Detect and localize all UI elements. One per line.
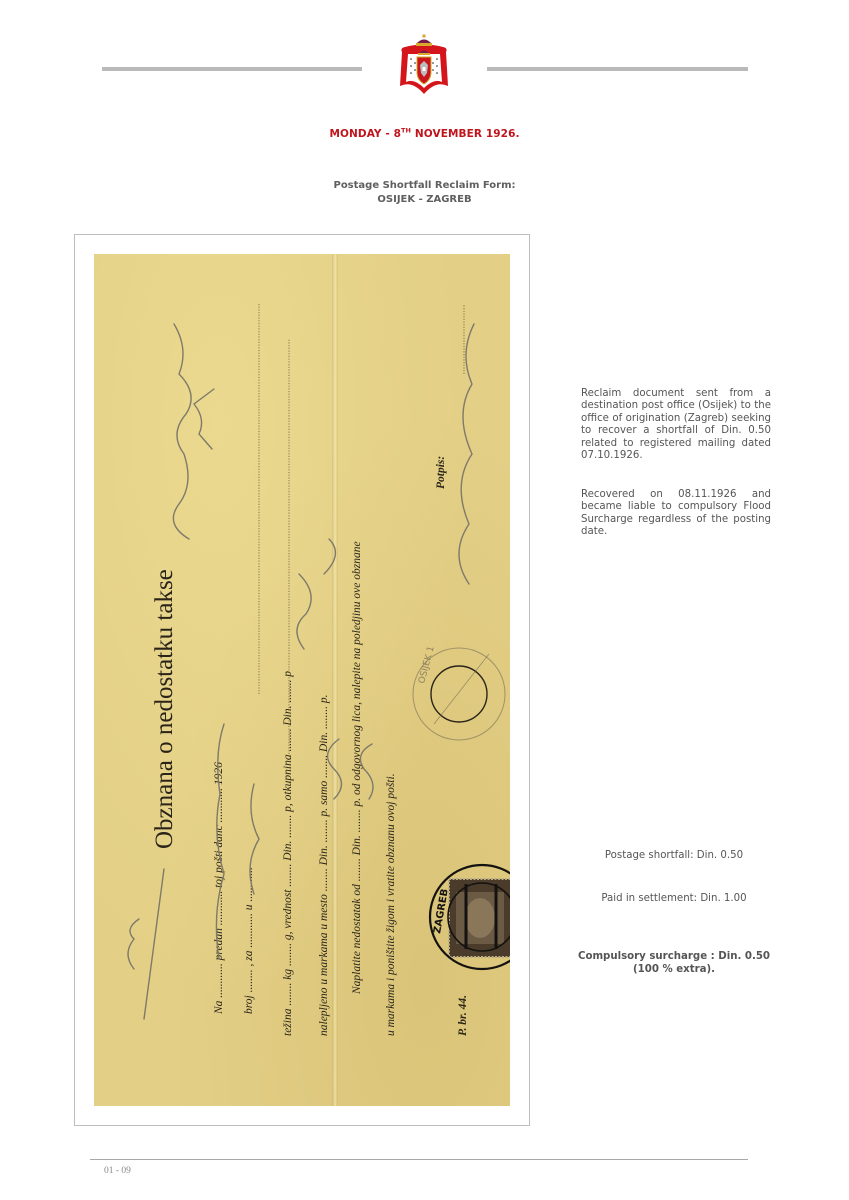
reclaim-form-image: Obznana o nedostatku takse Na ..........… [94, 254, 510, 1106]
note-shortfall: Postage shortfall: Din. 0.50 [560, 849, 788, 862]
note-paid: Paid in settlement: Din. 1.00 [560, 892, 788, 905]
svg-text:težina ........ kg ........ g,: težina ........ kg ........ g, vrednost … [282, 671, 294, 1036]
form-drawing: Obznana o nedostatku takse Na ..........… [94, 254, 510, 1106]
note-surcharge-line-2: (100 % extra). [560, 963, 788, 976]
coat-of-arms-icon [396, 32, 452, 98]
note-surcharge: Compulsory surcharge : Din. 0.50 (100 % … [560, 950, 788, 976]
page-number: 01 - 09 [104, 1166, 131, 1176]
svg-text:Naplatite nedostatak od ......: Naplatite nedostatak od ........ Din. ..… [351, 541, 363, 995]
page-subtitle: Postage Shortfall Reclaim Form: OSIJEK -… [0, 179, 849, 207]
svg-text:P. br. 44.: P. br. 44. [457, 995, 469, 1036]
note-surcharge-line-1: Compulsory surcharge : Din. 0.50 [560, 950, 788, 963]
svg-text:OSIJEK 1: OSIJEK 1 [417, 645, 437, 685]
footer-rule [90, 1159, 748, 1160]
subtitle-line-2: OSIJEK - ZAGREB [0, 193, 849, 207]
page-date: MONDAY - 8TH NOVEMBER 1926. [0, 128, 849, 140]
header-rule-left [102, 67, 362, 71]
subtitle-line-1: Postage Shortfall Reclaim Form: [0, 179, 849, 193]
svg-text:u markama i poništite žigom i: u markama i poništite žigom i vratite ob… [385, 773, 397, 1036]
description-paragraph-2: Recovered on 08.11.1926 and became liabl… [581, 489, 771, 539]
description-paragraph-1: Reclaim document sent from a destination… [581, 388, 771, 462]
svg-text:nalepljeno u markama u mesto .: nalepljeno u markama u mesto ........ Di… [318, 695, 330, 1036]
svg-text:Potpis:: Potpis: [435, 456, 447, 489]
header-rule-right [487, 67, 748, 71]
form-heading: Obznana o nedostatku takse [151, 569, 178, 849]
